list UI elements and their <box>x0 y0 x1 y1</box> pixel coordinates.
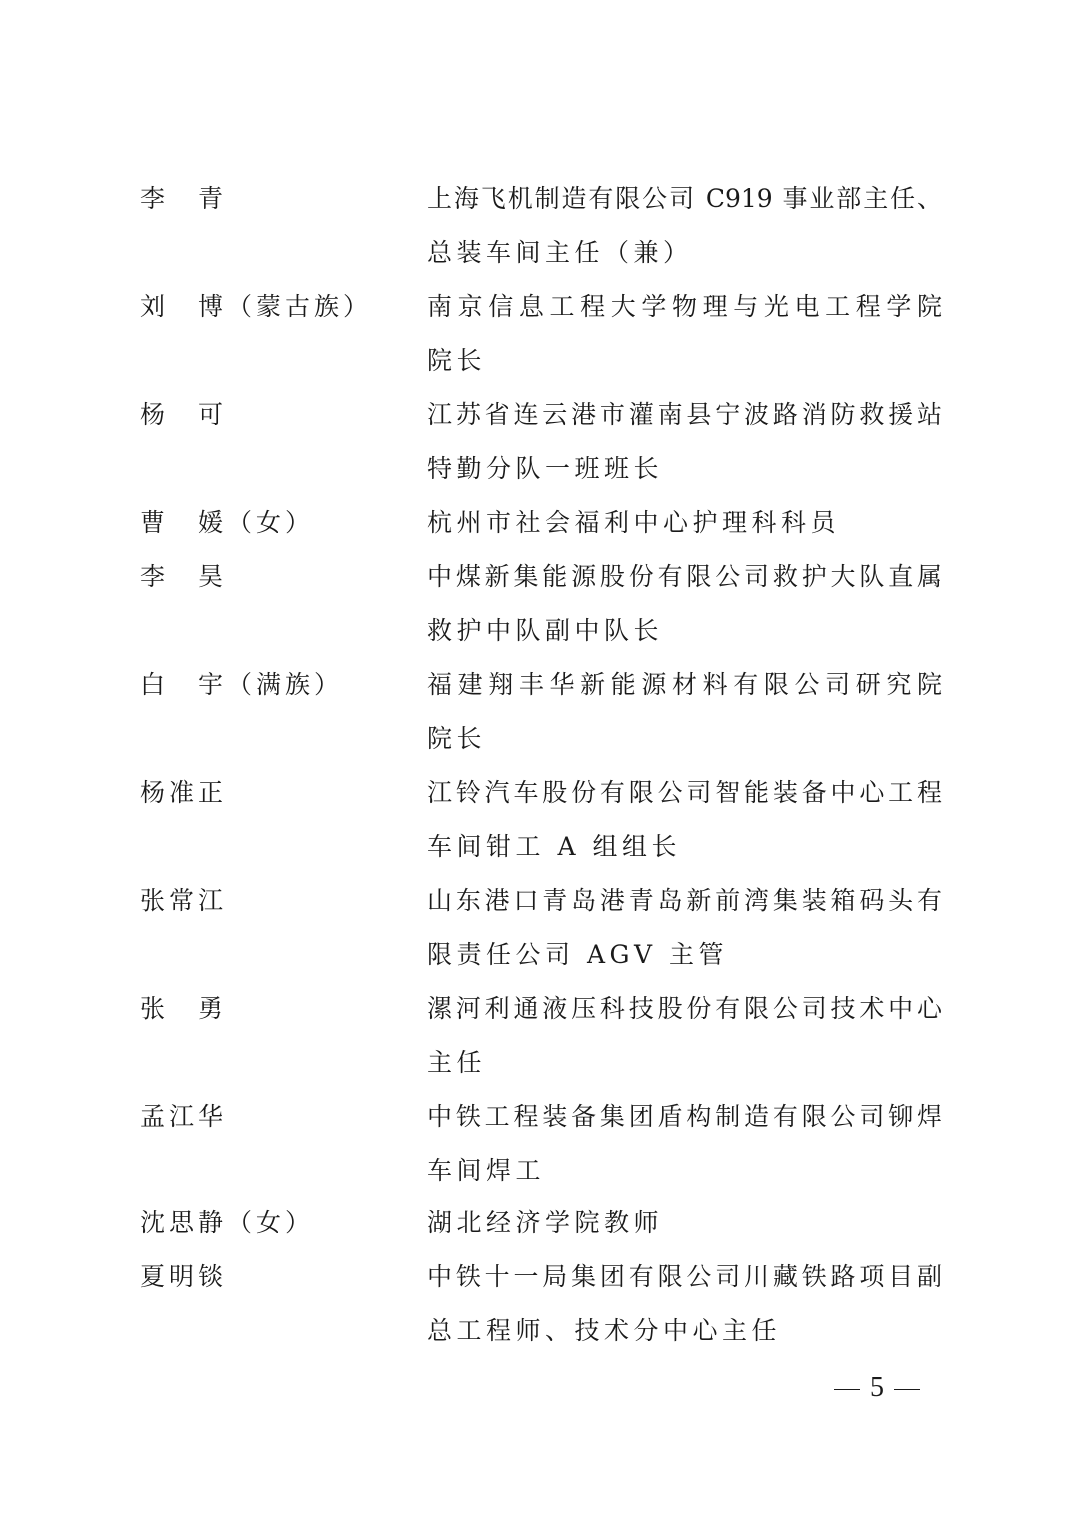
page-number: 5 <box>824 1368 930 1408</box>
position-line: 车间钳工 A 组组长 <box>427 820 942 874</box>
position-line: 漯河利通液压科技股份有限公司技术中心 <box>427 982 942 1036</box>
document-page: 李 青 上海飞机制造有限公司 C919 事业部主任、 总装车间主任（兼） 刘 博… <box>0 0 1080 1528</box>
person-name: 夏明锬 <box>140 1250 227 1304</box>
person-position: 漯河利通液压科技股份有限公司技术中心 主任 <box>427 982 942 1090</box>
position-line: 车间焊工 <box>427 1144 942 1198</box>
person-position: 江铃汽车股份有限公司智能装备中心工程 车间钳工 A 组组长 <box>427 766 942 874</box>
person-position: 南京信息工程大学物理与光电工程学院 院长 <box>427 280 942 388</box>
person-name: 杨准正 <box>140 766 227 820</box>
person-position: 杭州市社会福利中心护理科科员 <box>427 496 942 550</box>
position-line: 上海飞机制造有限公司 C919 事业部主任、 <box>427 172 942 226</box>
person-name: 刘 博（蒙古族） <box>140 280 372 334</box>
position-line: 山东港口青岛港青岛新前湾集装箱码头有 <box>427 874 942 928</box>
position-line: 总工程师、技术分中心主任 <box>427 1304 942 1358</box>
person-name: 白 宇（满族） <box>140 658 343 712</box>
person-position: 中铁十一局集团有限公司川藏铁路项目副 总工程师、技术分中心主任 <box>427 1250 942 1358</box>
person-name: 曹 媛（女） <box>140 496 314 550</box>
dash-right <box>894 1389 920 1390</box>
position-line: 杭州市社会福利中心护理科科员 <box>427 496 942 550</box>
person-position: 福建翔丰华新能源材料有限公司研究院 院长 <box>427 658 942 766</box>
position-line: 特勤分队一班班长 <box>427 442 942 496</box>
position-line: 主任 <box>427 1036 942 1090</box>
person-name: 孟江华 <box>140 1090 227 1144</box>
person-position: 中煤新集能源股份有限公司救护大队直属 救护中队副中队长 <box>427 550 942 658</box>
position-line: 中铁工程装备集团盾构制造有限公司铆焊 <box>427 1090 942 1144</box>
person-name: 张 勇 <box>140 982 227 1036</box>
position-line: 限责任公司 AGV 主管 <box>427 928 942 982</box>
person-position: 山东港口青岛港青岛新前湾集装箱码头有 限责任公司 AGV 主管 <box>427 874 942 982</box>
position-line: 南京信息工程大学物理与光电工程学院 <box>427 280 942 334</box>
position-line: 湖北经济学院教师 <box>427 1196 942 1250</box>
person-name: 杨 可 <box>140 388 227 442</box>
position-line: 福建翔丰华新能源材料有限公司研究院 <box>427 658 942 712</box>
page-number-text: 5 <box>870 1372 884 1403</box>
position-line: 中铁十一局集团有限公司川藏铁路项目副 <box>427 1250 942 1304</box>
person-position: 江苏省连云港市灌南县宁波路消防救援站 特勤分队一班班长 <box>427 388 942 496</box>
person-name: 张常江 <box>140 874 227 928</box>
position-line: 院长 <box>427 334 942 388</box>
position-line: 救护中队副中队长 <box>427 604 942 658</box>
dash-left <box>834 1389 860 1390</box>
person-position: 中铁工程装备集团盾构制造有限公司铆焊 车间焊工 <box>427 1090 942 1198</box>
position-line: 江苏省连云港市灌南县宁波路消防救援站 <box>427 388 942 442</box>
position-line: 总装车间主任（兼） <box>427 226 942 280</box>
person-name: 沈思静（女） <box>140 1196 314 1250</box>
position-line: 江铃汽车股份有限公司智能装备中心工程 <box>427 766 942 820</box>
person-name: 李 昊 <box>140 550 227 604</box>
person-name: 李 青 <box>140 172 227 226</box>
position-line: 院长 <box>427 712 942 766</box>
position-line: 中煤新集能源股份有限公司救护大队直属 <box>427 550 942 604</box>
person-position: 上海飞机制造有限公司 C919 事业部主任、 总装车间主任（兼） <box>427 172 942 280</box>
person-position: 湖北经济学院教师 <box>427 1196 942 1250</box>
